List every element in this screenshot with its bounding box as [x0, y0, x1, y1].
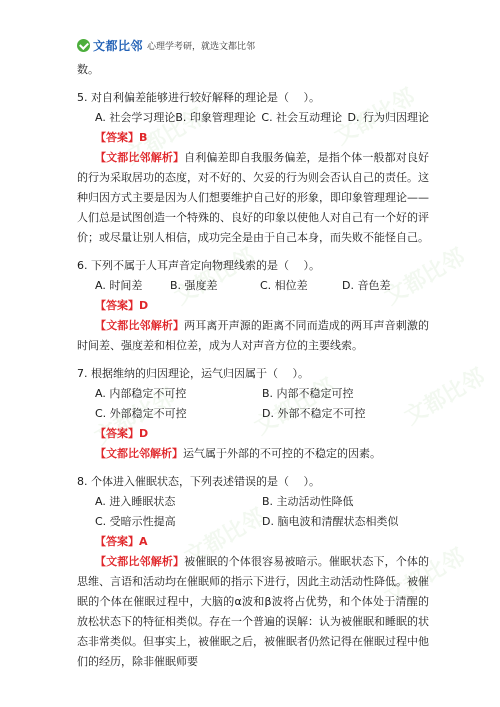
question-6: 6. 下列不属于人耳声音定向物理线索的是（ ）。 A. 时间差 B. 强度差 C…: [77, 256, 429, 356]
logo-text: 文都比邻: [93, 37, 143, 54]
answer-line: 【答案】B: [77, 128, 429, 148]
options-row: A. 社会学习理论 B. 印象管理理论 C. 社会互动理论 D. 行为归因理论: [77, 108, 429, 128]
page-header: 文都比邻 心理学考研，就选文都比邻: [77, 36, 255, 54]
option-c: C. 社会互动理论: [261, 108, 347, 128]
option-b: B. 印象管理理论: [175, 108, 261, 128]
analysis-label: 【文都比邻解析】: [95, 319, 184, 332]
answer-label: 【答案】: [95, 131, 139, 144]
option-d: D. 脑电波和清醒状态相类似: [262, 512, 429, 532]
option-a: A. 社会学习理论: [95, 108, 175, 128]
answer-line: 【答案】D: [77, 424, 429, 444]
analysis-text: 被催眠的个体很容易被暗示。催眠状态下，个体的思维、言语和活动均在催眠师的指示下进…: [77, 555, 429, 668]
continuation-text: 数。: [77, 60, 429, 80]
option-b: B. 强度差: [170, 276, 260, 296]
option-d: D. 音色差: [342, 276, 390, 296]
option-b: B. 内部不稳定可控: [262, 384, 429, 404]
analysis-label: 【文都比邻解析】: [95, 447, 183, 460]
options-row: C. 受暗示性提高 D. 脑电波和清醒状态相类似: [77, 512, 429, 532]
question-stem: 6. 下列不属于人耳声音定向物理线索的是（ ）。: [77, 256, 429, 276]
answer-label: 【答案】: [95, 427, 139, 440]
option-a: A. 时间差: [95, 276, 170, 296]
analysis: 【文都比邻解析】运气属于外部的不可控的不稳定的因素。: [77, 444, 429, 464]
options-row: A. 进入睡眠状态 B. 主动活动性降低: [77, 492, 429, 512]
answer-label: 【答案】: [95, 299, 139, 312]
answer-line: 【答案】A: [77, 532, 429, 552]
analysis-label: 【文都比邻解析】: [95, 151, 184, 164]
options-row: A. 内部稳定不可控 B. 内部不稳定可控: [77, 384, 429, 404]
answer-value: D: [139, 299, 148, 312]
document-body: 数。 5. 对自利偏差能够进行较好解释的理论是（ ）。 A. 社会学习理论 B.…: [77, 60, 429, 672]
option-a: A. 进入睡眠状态: [95, 492, 262, 512]
question-stem: 7. 根据维纳的归因理论，运气归因属于（ ）。: [77, 364, 429, 384]
analysis: 【文都比邻解析】被催眠的个体很容易被暗示。催眠状态下，个体的思维、言语和活动均在…: [77, 552, 429, 672]
logo-check-icon: [77, 39, 90, 52]
option-a: A. 内部稳定不可控: [95, 384, 262, 404]
question-stem: 8. 个体进入催眠状态，下列表述错误的是（ ）。: [77, 472, 429, 492]
analysis: 【文都比邻解析】自利偏差即自我服务偏差，是指个体一般都对良好的行为采取居功的态度…: [77, 148, 429, 248]
option-c: C. 外部稳定不可控: [95, 404, 262, 424]
option-b: B. 主动活动性降低: [262, 492, 429, 512]
answer-line: 【答案】D: [77, 296, 429, 316]
question-5: 5. 对自利偏差能够进行较好解释的理论是（ ）。 A. 社会学习理论 B. 印象…: [77, 88, 429, 248]
option-c: C. 受暗示性提高: [95, 512, 262, 532]
question-7: 7. 根据维纳的归因理论，运气归因属于（ ）。 A. 内部稳定不可控 B. 内部…: [77, 364, 429, 464]
analysis-text: 运气属于外部的不可控的不稳定的因素。: [183, 447, 381, 460]
option-c: C. 相位差: [260, 276, 342, 296]
header-slogan: 心理学考研，就选文都比邻: [147, 39, 255, 52]
question-stem: 5. 对自利偏差能够进行较好解释的理论是（ ）。: [77, 88, 429, 108]
analysis-label: 【文都比邻解析】: [95, 555, 184, 568]
analysis: 【文都比邻解析】两耳离开声源的距离不同而造成的两耳声音刺激的时间差、强度差和相位…: [77, 316, 429, 356]
option-d: D. 行为归因理论: [348, 108, 429, 128]
options-row: C. 外部稳定不可控 D. 外部不稳定不可控: [77, 404, 429, 424]
answer-value: D: [139, 427, 148, 440]
option-d: D. 外部不稳定不可控: [262, 404, 429, 424]
answer-value: A: [139, 535, 148, 548]
answer-label: 【答案】: [95, 535, 139, 548]
answer-value: B: [139, 131, 147, 144]
options-row: A. 时间差 B. 强度差 C. 相位差 D. 音色差: [77, 276, 429, 296]
question-8: 8. 个体进入催眠状态，下列表述错误的是（ ）。 A. 进入睡眠状态 B. 主动…: [77, 472, 429, 672]
analysis-text: 自利偏差即自我服务偏差，是指个体一般都对良好的行为采取居功的态度，对不好的、欠妥…: [77, 151, 429, 244]
